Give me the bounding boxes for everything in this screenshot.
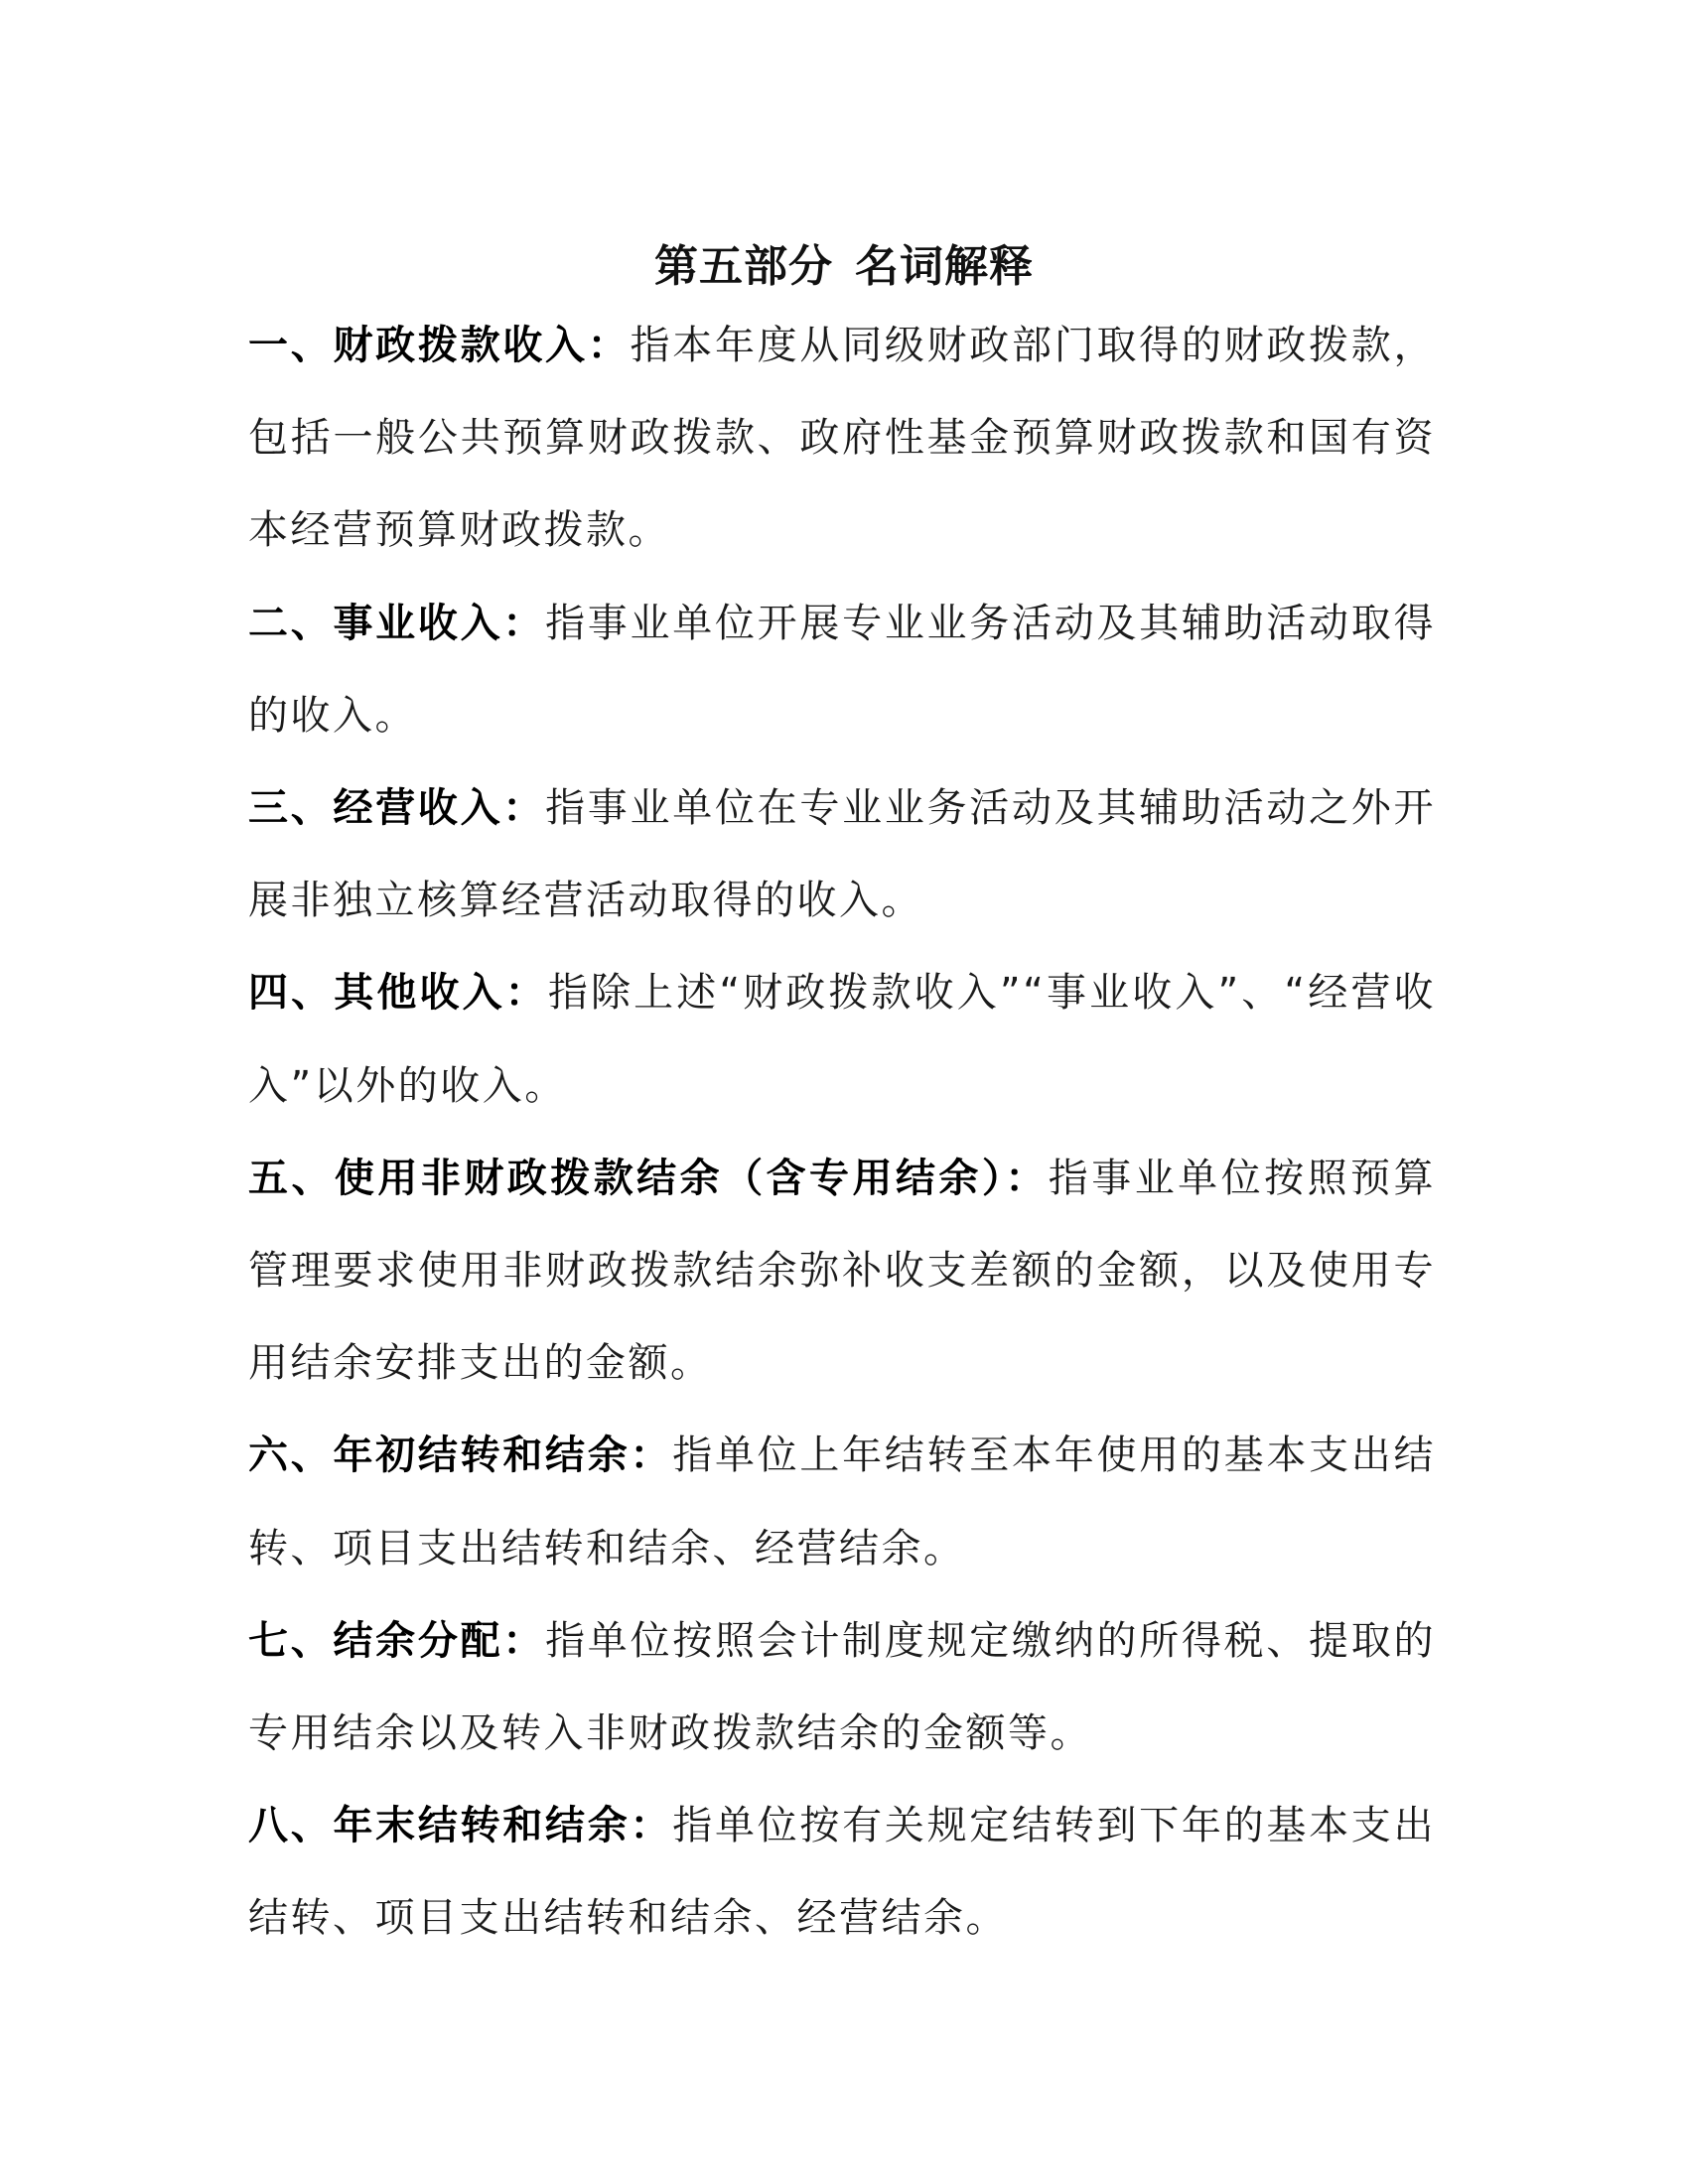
entry-term: 四、其他收入： [248,970,548,1016]
glossary-entry-balance-distribution: 七、结余分配：指单位按照会计制度规定缴纳的所得税、提取的专用结余以及转入非财政拨… [248,1595,1436,1780]
glossary-content: 一、财政拨款收入：指本年度从同级财政部门取得的财政拨款，包括一般公共预算财政拨款… [248,300,1436,1966]
glossary-entry-operating-income: 三、经营收入：指事业单位在专业业务活动及其辅助活动之外开展非独立核算经营活动取得… [248,762,1436,947]
glossary-entry-year-end-carryover: 八、年末结转和结余：指单位按有关规定结转到下年的基本支出结转、项目支出结转和结余… [248,1780,1436,1965]
glossary-entry-fiscal-appropriation-income: 一、财政拨款收入：指本年度从同级财政部门取得的财政拨款，包括一般公共预算财政拨款… [248,300,1436,578]
page-title-part: 第五部分 [654,241,833,292]
glossary-entry-business-income: 二、事业收入：指事业单位开展专业业务活动及其辅助活动取得的收入。 [248,578,1436,762]
entry-term: 一、财政拨款收入： [248,323,631,368]
page-title: 第五部分名词解释 [0,237,1688,297]
glossary-entry-beginning-carryover: 六、年初结转和结余：指单位上年结转至本年使用的基本支出结转、项目支出结转和结余、… [248,1410,1436,1594]
entry-term: 二、事业收入： [248,601,545,646]
glossary-entry-other-income: 四、其他收入：指除上述“财政拨款收入”“事业收入”、“经营收入”以外的收入。 [248,947,1436,1132]
entry-term: 六、年初结转和结余： [248,1433,672,1478]
entry-term: 八、年末结转和结余： [248,1803,672,1848]
entry-term: 五、使用非财政拨款结余（含专用结余）： [248,1156,1049,1201]
page-title-name: 名词解释 [855,241,1034,292]
entry-term: 三、经营收入： [248,785,545,831]
glossary-entry-use-of-non-fiscal-balance: 五、使用非财政拨款结余（含专用结余）：指事业单位按照预算管理要求使用非财政拨款结… [248,1133,1436,1411]
entry-term: 七、结余分配： [248,1618,545,1664]
